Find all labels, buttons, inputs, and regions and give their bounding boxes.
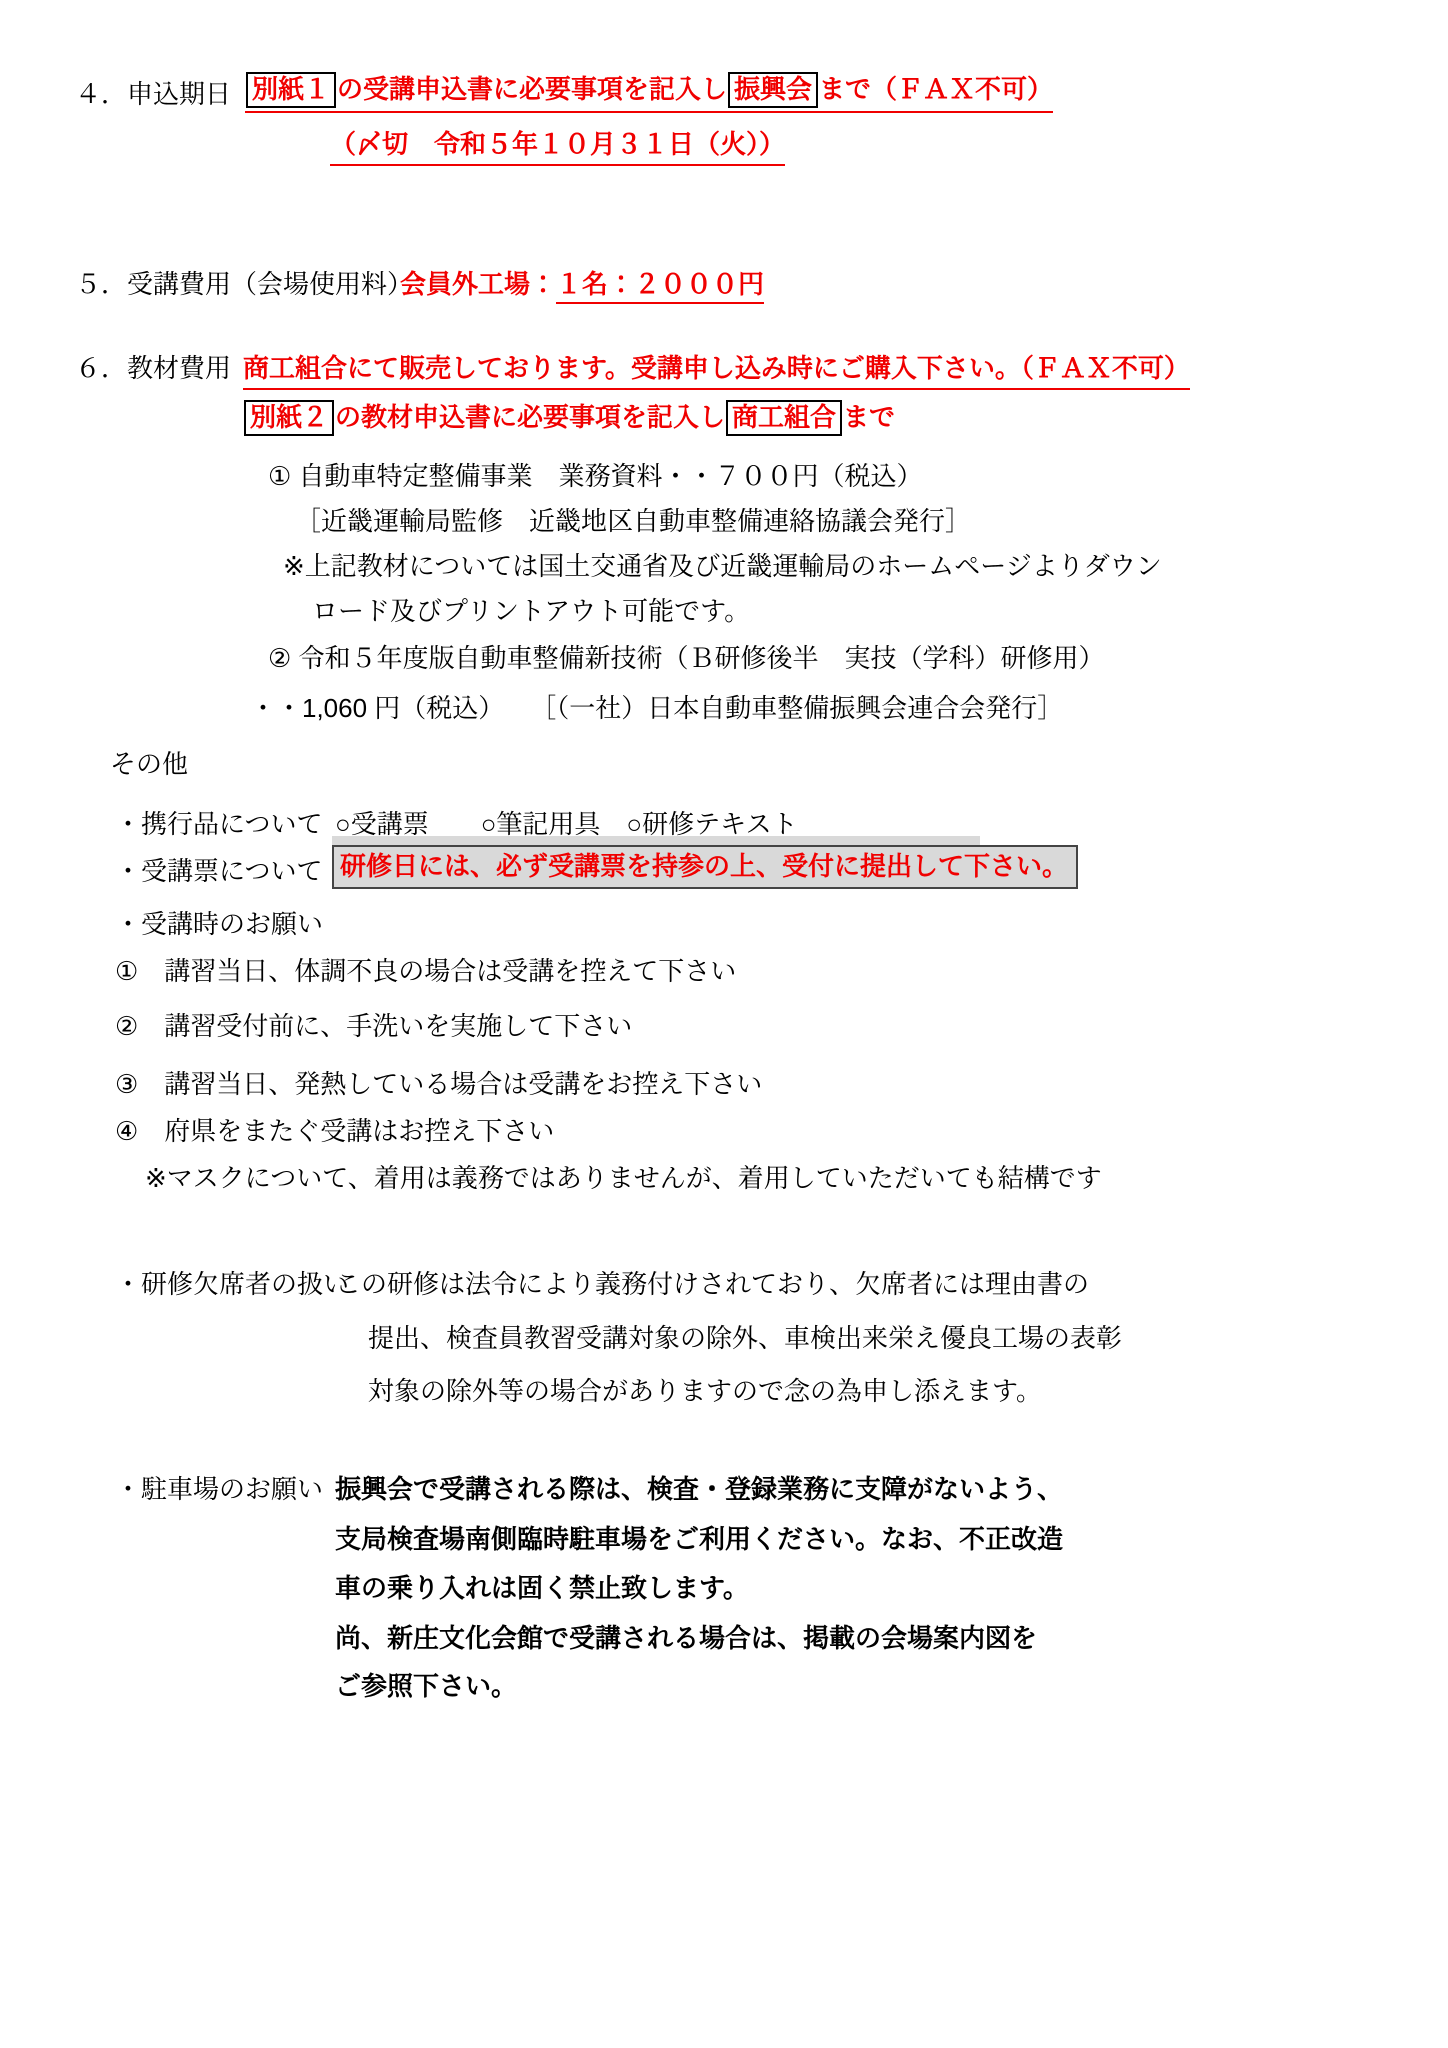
parking-line-1: 振興会で受講される際は、検査・登録業務に支障がないよう、: [335, 1473, 1063, 1506]
request-item-4: ④ 府県をまたぐ受講はお控え下さい: [115, 1115, 554, 1148]
material-item2-price: ・・1,060 円（税込） ［（一社）日本自動車整備振興会連合会発行］: [250, 692, 1063, 725]
section6-label: ６．教材費用: [75, 352, 231, 385]
section4-text2: まで（ＦＡＸ不可）: [819, 74, 1053, 104]
section4-deadline: （〆切 令和５年１０月３１日（火））: [330, 128, 785, 166]
section5-label: ５．受講費用（会場使用料）: [75, 268, 413, 301]
material-item1-publisher: ［近畿運輸局監修 近畿地区自動車整備連絡協議会発行］: [295, 505, 971, 538]
absence-line-1: この研修は法令により義務付けされており、欠席者には理由書の: [335, 1268, 1089, 1301]
document-page: ４．申込期日 別紙１の受講申込書に必要事項を記入し振興会まで（ＦＡＸ不可） （〆…: [0, 0, 1448, 2048]
absence-line-3: 対象の除外等の場合がありますので念の為申し添えます。: [368, 1375, 1042, 1408]
section4-text1: の受講申込書に必要事項を記入し: [337, 74, 727, 104]
section4-application-line: 別紙１の受講申込書に必要事項を記入し振興会まで（ＦＡＸ不可）: [245, 72, 1053, 113]
shinkokai-box: 振興会: [728, 72, 818, 108]
others-heading: その他: [110, 748, 188, 781]
material-note-line2: ロード及びプリントアウト可能です。: [312, 595, 750, 628]
section6-text2: まで: [843, 402, 895, 432]
mask-note: ※マスクについて、着用は義務ではありませんが、着用していただいても結構です: [145, 1162, 1102, 1195]
material-item1: ① 自動車特定整備事業 業務資料・・７００円（税込）: [268, 460, 923, 493]
request-label: ・受講時のお願い: [115, 908, 323, 941]
attachment1-box: 別紙１: [246, 72, 336, 108]
section6-text1: の教材申込書に必要事項を記入し: [335, 402, 725, 432]
ticket-label: ・受講票について: [115, 855, 322, 888]
parking-line-3: 車の乗り入れは固く禁止致します。: [335, 1572, 749, 1605]
parking-line-4: 尚、新庄文化会館で受講される場合は、掲載の会場案内図を: [335, 1622, 1037, 1655]
parking-label: ・駐車場のお願い: [115, 1473, 323, 1506]
belongings-label: ・携行品について: [115, 808, 322, 841]
parking-line-5: ご参照下さい。: [335, 1670, 517, 1703]
section6-sale-line: 商工組合にて販売しております。受講申し込み時にご購入下さい。（ＦＡＸ不可）: [243, 352, 1190, 390]
parking-line-2: 支局検査場南側臨時駐車場をご利用ください。なお、不正改造: [335, 1523, 1063, 1556]
section6-order-line: 別紙２の教材申込書に必要事項を記入し商工組合まで: [243, 400, 895, 436]
material-note-line1: ※上記教材については国土交通省及び近畿運輸局のホームページよりダウン: [283, 550, 1162, 583]
request-item-1: ① 講習当日、体調不良の場合は受講を控えて下さい: [115, 955, 736, 988]
section4-label: ４．申込期日: [75, 78, 231, 111]
ticket-notice-box: 研修日には、必ず受講票を持参の上、受付に提出して下さい。: [332, 845, 1078, 889]
section5-fee-line: 会員外工場：１名：２０００円: [400, 268, 764, 301]
kumiai-box: 商工組合: [726, 400, 842, 436]
material-item2: ② 令和５年度版自動車整備新技術（Ｂ研修後半 実技（学科）研修用）: [268, 642, 1105, 675]
absence-line-2: 提出、検査員教習受講対象の除外、車検出来栄え優良工場の表彰: [368, 1322, 1122, 1355]
request-item-3: ③ 講習当日、発熱している場合は受講をお控え下さい: [115, 1068, 762, 1101]
absence-label: ・研修欠席者の扱い: [115, 1268, 349, 1301]
request-item-2: ② 講習受付前に、手洗いを実施して下さい: [115, 1010, 632, 1043]
attachment2-box: 別紙２: [244, 400, 334, 436]
fee-value: １名：２０００円: [556, 269, 764, 304]
fee-prefix: 会員外工場：: [400, 269, 556, 299]
